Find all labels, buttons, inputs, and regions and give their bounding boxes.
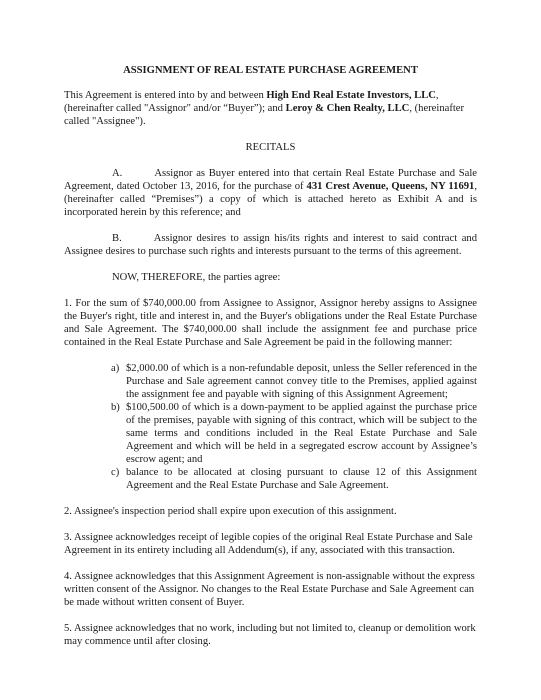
recitals-heading: RECITALS	[64, 141, 477, 154]
document-title: ASSIGNMENT OF REAL ESTATE PURCHASE AGREE…	[64, 64, 477, 77]
list-item: b)$100,500.00 of which is a down-payment…	[111, 401, 477, 466]
document-page: ASSIGNMENT OF REAL ESTATE PURCHASE AGREE…	[64, 64, 477, 648]
recital-b: B.Assignor desires to assign his/its rig…	[64, 232, 477, 258]
clause-5: 5. Assignee acknowledges that no work, i…	[64, 622, 477, 648]
assignor-name: High End Real Estate Investors, LLC	[266, 90, 436, 101]
clause-2: 2. Assignee's inspection period shall ex…	[64, 505, 477, 518]
list-marker: c)	[111, 466, 119, 479]
recital-b-marker: B.	[112, 233, 122, 244]
recital-a: A.Assignor as Buyer entered into that ce…	[64, 167, 477, 219]
now-therefore: NOW, THEREFORE, the parties agree:	[64, 271, 477, 284]
premises-address: 431 Crest Avenue, Queens, NY 11691	[307, 181, 475, 192]
list-item-text: balance to be allocated at closing pursu…	[126, 467, 477, 491]
intro-text-1: This Agreement is entered into by and be…	[64, 90, 266, 101]
list-item: a)$2,000.00 of which is a non-refundable…	[111, 362, 477, 401]
intro-paragraph: This Agreement is entered into by and be…	[64, 89, 477, 128]
recital-b-text: Assignor desires to assign his/its right…	[64, 233, 477, 257]
clause-4: 4. Assignee acknowledges that this Assig…	[64, 570, 477, 609]
list-item: c)balance to be allocated at closing pur…	[111, 466, 477, 492]
list-marker: b)	[111, 401, 120, 414]
list-marker: a)	[111, 362, 119, 375]
clause-3: 3. Assignee acknowledges receipt of legi…	[64, 531, 477, 557]
list-item-text: $100,500.00 of which is a down-payment t…	[126, 402, 477, 465]
clause-1: 1. For the sum of $740,000.00 from Assig…	[64, 297, 477, 349]
payment-list: a)$2,000.00 of which is a non-refundable…	[64, 362, 477, 492]
assignee-name: Leroy & Chen Realty, LLC	[286, 103, 410, 114]
list-item-text: $2,000.00 of which is a non-refundable d…	[126, 363, 477, 400]
recital-a-marker: A.	[112, 168, 122, 179]
